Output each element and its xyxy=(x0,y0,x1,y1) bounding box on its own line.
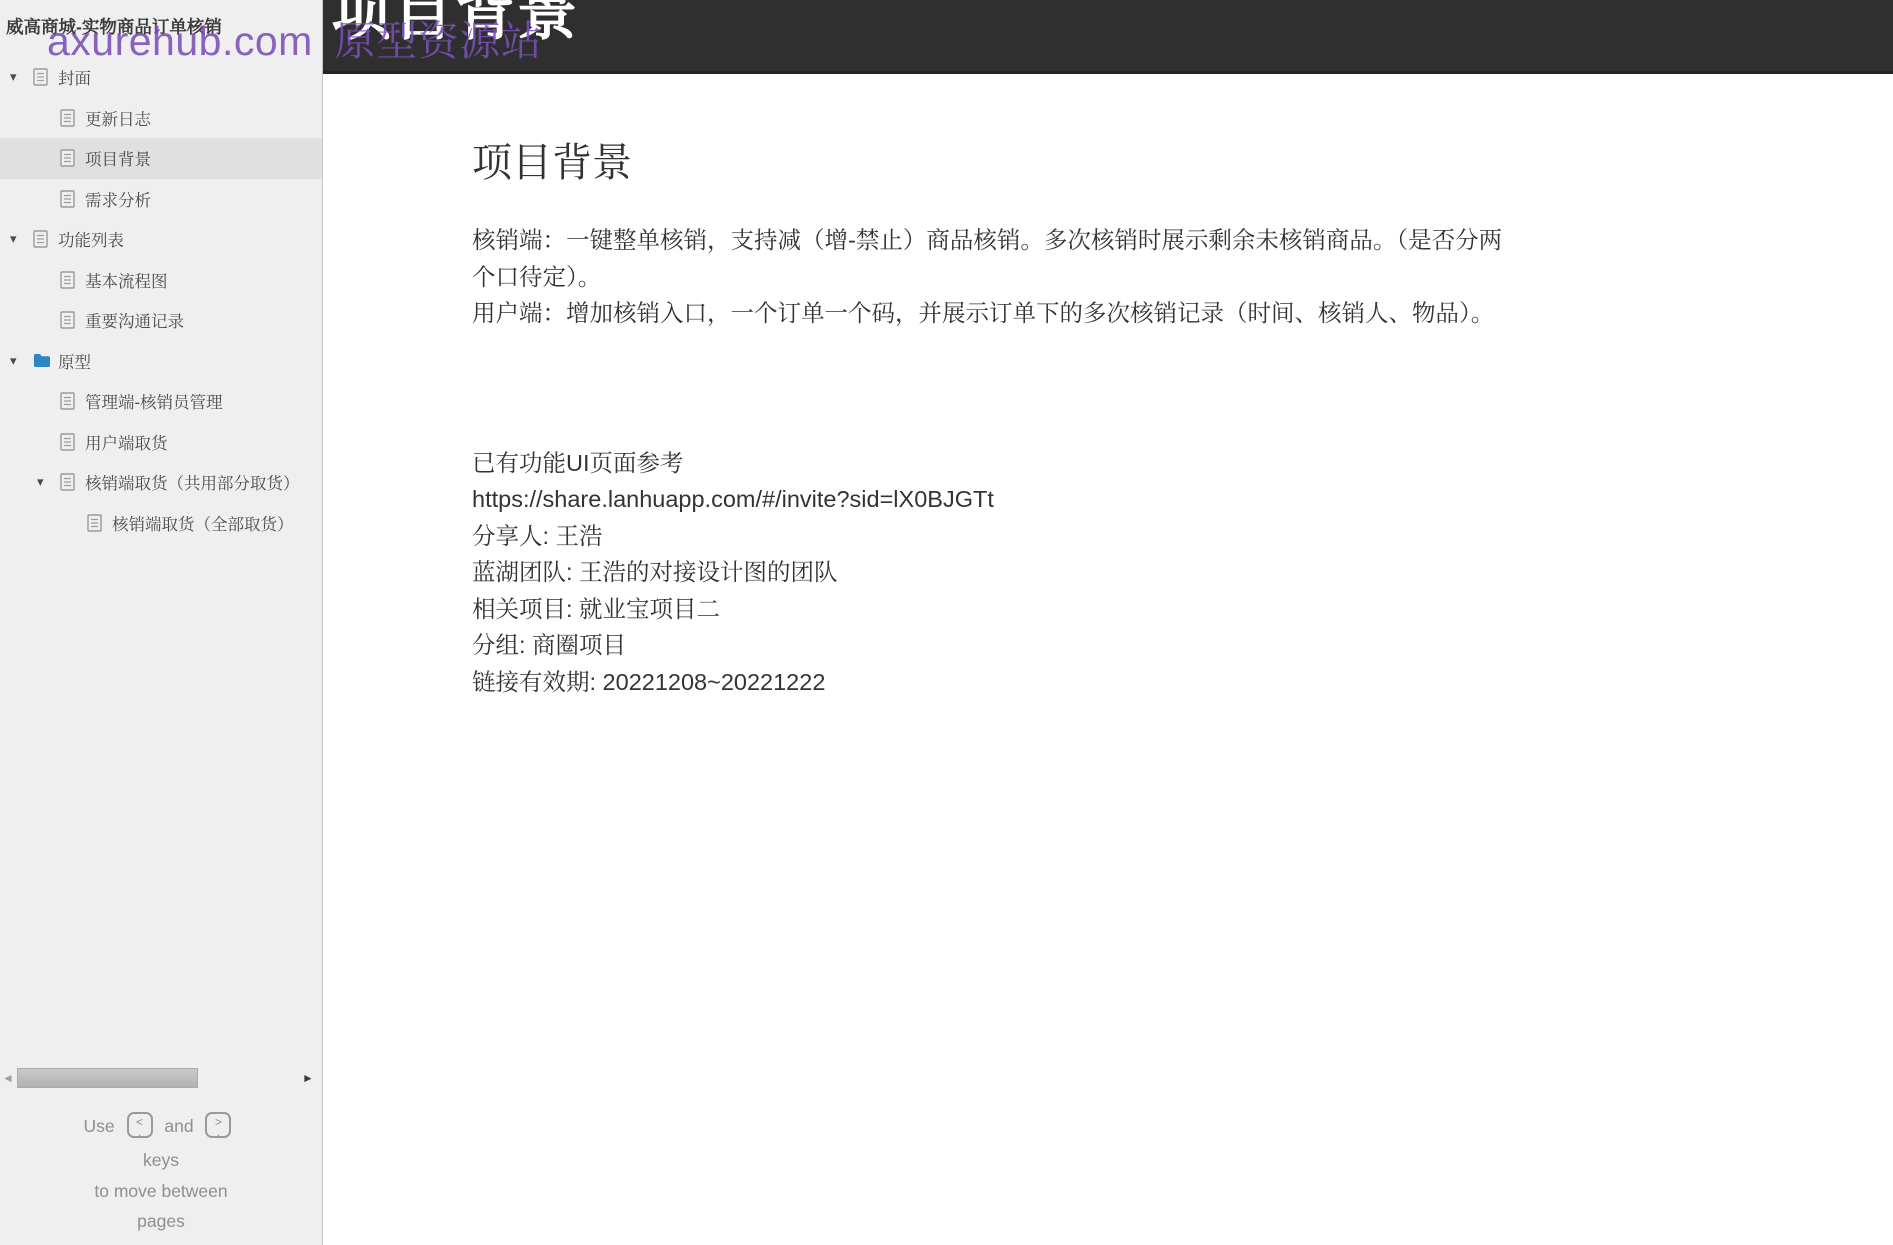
hint-line-4: pages xyxy=(0,1206,322,1237)
tree-item-label: 项目背景 xyxy=(84,146,151,170)
tree-item-label: 核销端取货（全部取货） xyxy=(111,511,294,535)
tree-item-label: 原型 xyxy=(57,349,91,373)
page-icon xyxy=(60,271,84,289)
hint-and-text: and xyxy=(164,1116,193,1136)
page-tree: ▾封面更新日志项目背景需求分析▾功能列表基本流程图重要沟通记录▾原型管理端-核销… xyxy=(0,57,322,543)
tree-item-label: 功能列表 xyxy=(57,227,124,251)
tree-item-label: 核销端取货（共用部分取货） xyxy=(84,470,300,494)
sidebar: 威高商城-实物商品订单核销 ▾封面更新日志项目背景需求分析▾功能列表基本流程图重… xyxy=(0,0,323,1245)
page-icon xyxy=(60,149,84,167)
tree-item[interactable]: 基本流程图 xyxy=(0,260,322,301)
scrollbar-thumb[interactable] xyxy=(17,1068,198,1088)
page-icon xyxy=(33,230,57,248)
hint-line-1: Use <, and >. xyxy=(0,1110,322,1145)
expand-arrow-icon[interactable]: ▾ xyxy=(8,69,33,85)
page-icon xyxy=(60,473,84,491)
project-title: 威高商城-实物商品订单核销 xyxy=(6,14,222,39)
tree-item[interactable]: ▾封面 xyxy=(0,57,322,98)
tree-item-label: 用户端取货 xyxy=(84,430,168,454)
tree-item-label: 基本流程图 xyxy=(84,268,168,292)
scroll-right-arrow-icon[interactable]: ► xyxy=(302,1070,314,1086)
paragraph-reference: 已有功能UI页面参考 https://share.lanhuapp.com/#/… xyxy=(472,445,1893,701)
tree-item[interactable]: 更新日志 xyxy=(0,98,322,139)
tree-item[interactable]: 核销端取货（全部取货） xyxy=(0,503,322,544)
tree-item[interactable]: 需求分析 xyxy=(0,179,322,220)
folder-icon xyxy=(33,353,57,368)
content-area: 项目背景 核销端：一键整单核销，支持减（增-禁止）商品核销。多次核销时展示剩余未… xyxy=(323,77,1893,1245)
tree-item[interactable]: 管理端-核销员管理 xyxy=(0,381,322,422)
page-icon xyxy=(60,433,84,451)
tree-item[interactable]: 项目背景 xyxy=(0,138,322,179)
tree-item[interactable]: ▾原型 xyxy=(0,341,322,382)
tree-item-label: 需求分析 xyxy=(84,187,151,211)
tree-item[interactable]: ▾功能列表 xyxy=(0,219,322,260)
comma-less-than-key-icon: <, xyxy=(127,1112,153,1138)
keyboard-hint: Use <, and >. keys to move between pages xyxy=(0,1110,322,1237)
page-icon xyxy=(60,311,84,329)
tree-item[interactable]: 用户端取货 xyxy=(0,422,322,463)
content-heading: 项目背景 xyxy=(472,143,1893,183)
tree-item[interactable]: 重要沟通记录 xyxy=(0,300,322,341)
scroll-left-arrow-icon[interactable]: ◄ xyxy=(2,1070,14,1086)
hint-line-3: to move between xyxy=(0,1176,322,1207)
page-icon xyxy=(33,68,57,86)
page-icon xyxy=(87,514,111,532)
page-icon xyxy=(60,109,84,127)
tree-item-label: 封面 xyxy=(57,65,91,89)
tree-item[interactable]: ▾核销端取货（共用部分取货） xyxy=(0,462,322,503)
sidebar-horizontal-scrollbar[interactable]: ◄ ► xyxy=(0,1068,322,1089)
page-icon xyxy=(60,190,84,208)
page-header-title: 项目背景 xyxy=(331,0,579,44)
tree-item-label: 管理端-核销员管理 xyxy=(84,389,223,413)
period-greater-than-key-icon: >. xyxy=(205,1112,231,1138)
tree-item-label: 重要沟通记录 xyxy=(84,308,184,332)
expand-arrow-icon[interactable]: ▾ xyxy=(8,231,33,247)
hint-line-2: keys xyxy=(0,1145,322,1176)
tree-item-label: 更新日志 xyxy=(84,106,151,130)
page-header: 项目背景 xyxy=(323,0,1893,74)
paragraph-overview: 核销端：一键整单核销，支持减（增-禁止）商品核销。多次核销时展示剩余未核销商品。… xyxy=(472,222,1712,332)
expand-arrow-icon[interactable]: ▾ xyxy=(8,353,33,369)
page-icon xyxy=(60,392,84,410)
expand-arrow-icon[interactable]: ▾ xyxy=(35,474,60,490)
hint-use-text: Use xyxy=(84,1116,115,1136)
